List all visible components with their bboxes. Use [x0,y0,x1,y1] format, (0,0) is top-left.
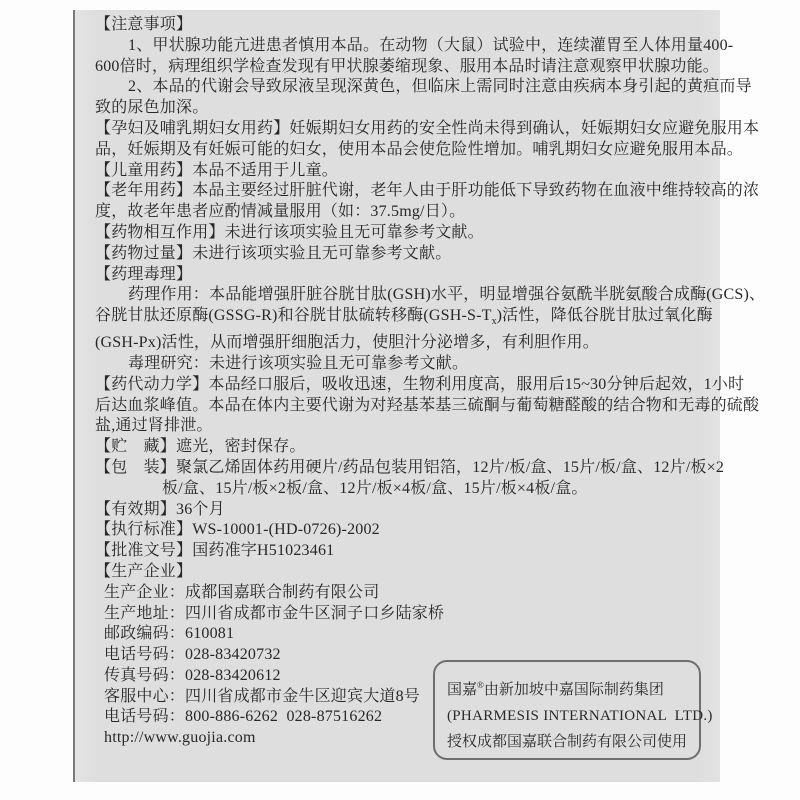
validity-period-section: 【有效期】36个月 [95,500,717,521]
manufacturer-heading: 【生产企业】 [95,562,717,583]
precautions-item-1-cont: 600倍时，病理组织学检查发现有甲状腺萎缩现象、服用本品时请注意观察甲状腺功能。 [95,57,717,78]
pharmacokinetics-line-2: 后达血浆峰值。本品在体内主要代谢为对羟基苯基三硫酮与葡萄糖醛酸的结合物和无毒的硫… [95,396,717,417]
authorization-line-1: 国嘉®由新加坡中嘉国际制药集团 [447,672,687,703]
storage-section: 【贮 藏】遮光，密封保存。 [95,437,717,458]
precautions-item-2: 2、本品的代谢会导致尿液呈现深黄色，但临床上需同时注意由疾病本身引起的黄疸而导 [95,77,717,98]
precautions-item-1: 1、甲状腺功能亢进患者慎用本品。在动物（大鼠）试验中，连续灌胃至人体用量400- [95,36,717,57]
leaflet-text-column: 【注意事项】 1、甲状腺功能亢进患者慎用本品。在动物（大鼠）试验中，连续灌胃至人… [95,15,717,749]
authorization-box: 国嘉®由新加坡中嘉国际制药集团 (PHARMESIS INTERNATIONAL… [433,660,701,760]
geriatric-use-line-2: 度，故老年患者应酌情减量服用（如：37.5mg/日）。 [95,202,717,223]
pediatric-use-section: 【儿童用药】本品不适用于儿童。 [95,161,717,182]
packaging-line-1: 【包 装】聚氯乙烯固体药用硬片/药品包装用铝箔，12片/板/盒、15片/板/盒、… [95,458,717,479]
pregnancy-section-line-2: 品，妊娠期及有妊娠可能的妇女，使用本品会使危险性增加。哺乳期妇女应避免服用本品。 [95,140,717,161]
pharmacology-line-1: 药理作用：本品能增强肝脏谷胱甘肽(GSH)水平，明显增强谷氨酰半胱氨酸合成酶(G… [95,285,717,306]
packaging-line-2: 板/盒、15片/板×2板/盒、12片/板×4板/盒、15片/板×4板/盒。 [95,479,717,500]
approval-number-section: 【批准文号】国药准字H51023461 [95,541,717,562]
pharmacology-line-2: 谷胱甘肽还原酶(GSSG-R)和谷胱甘肽硫转移酶(GSH-S-Tx)活性，降低谷… [95,306,717,333]
authorization-line-2: (PHARMESIS INTERNATIONAL LTD.) [447,703,687,729]
pharmacokinetics-line-3: 盐,通过肾排泄。 [95,416,717,437]
manufacturer-address: 生产地址：四川省成都市金牛区洞子口乡陆家桥 [95,604,717,625]
authorization-line-3: 授权成都国嘉联合制药有限公司使用 [447,729,687,755]
leaflet-paper: 【注意事项】 1、甲状腺功能亢进患者慎用本品。在动物（大鼠）试验中，连续灌胃至人… [73,10,720,782]
pharmacology-line-2-pre: 谷胱甘肽还原酶(GSSG-R)和谷胱甘肽硫转移酶(GSH-S-T [95,307,492,324]
overdose-section: 【药物过量】未进行该项实验且无可靠参考文献。 [95,244,717,265]
registered-trademark-mark: ® [477,680,484,690]
toxicology-research-line: 毒理研究：未进行该项实验且无可靠参考文献。 [95,354,717,375]
pharmacokinetics-line-1: 【药代动力学】本品经口服后，吸收迅速，生物利用度高，服用后15~30分钟后起效，… [95,375,717,396]
pharmacology-line-3: (GSH-Px)活性，从而增强肝细胞活力，使胆汁分泌增多，有利胆作用。 [95,333,717,354]
geriatric-use-line-1: 【老年用药】本品主要经过肝脏代谢，老年人由于肝功能低下导致药物在血液中维持较高的… [95,181,717,202]
postal-code: 邮政编码：610081 [95,624,717,645]
precautions-item-2-cont: 致的尿色加深。 [95,98,717,119]
pregnancy-section-line-1: 【孕妇及哺乳期妇女用药】妊娠期妇女用药的安全性尚未得到确认，妊娠期妇女应避免服用… [95,119,717,140]
pharmacology-toxicology-heading: 【药理毒理】 [95,265,717,286]
executive-standard-section: 【执行标准】WS-10001-(HD-0726)-2002 [95,520,717,541]
drug-interactions-section: 【药物相互作用】未进行该项实验且无可靠参考文献。 [95,223,717,244]
precautions-heading: 【注意事项】 [95,15,717,36]
brand-name: 国嘉 [447,682,477,698]
authorization-line-1-rest: 由新加坡中嘉国际制药集团 [484,682,664,698]
pharmacology-line-2-post: )活性，降低谷胱甘肽过氧化酶 [497,307,713,324]
manufacturer-name: 生产企业：成都国嘉联合制药有限公司 [95,583,717,604]
